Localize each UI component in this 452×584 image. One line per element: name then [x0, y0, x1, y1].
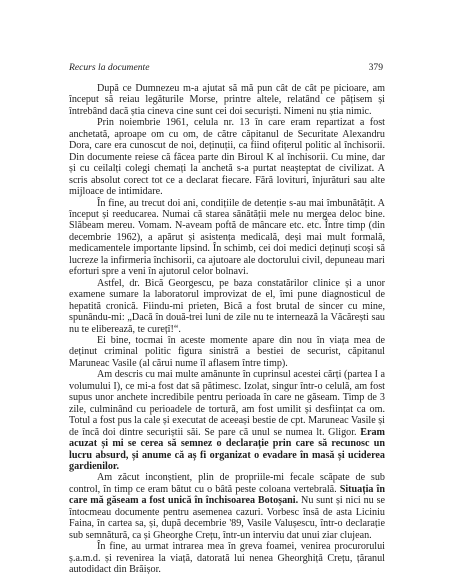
text-segment: Ei bine, tocmai în aceste momente apare … [69, 335, 385, 369]
text-segment: După ce Dumnezeu m-a ajutat să mă pun câ… [69, 83, 385, 117]
paragraph: În fine, au trecut doi ani, condițiile d… [69, 198, 385, 278]
book-page: Recurs la documente 379 După ce Dumnezeu… [69, 62, 385, 575]
text-segment: Am zăcut inconștient, plin de propriile-… [69, 472, 385, 494]
text-segment: Astfel, dr. Bică Georgescu, pe baza cons… [69, 278, 385, 335]
paragraph: Astfel, dr. Bică Georgescu, pe baza cons… [69, 278, 385, 335]
paragraph: Prin noiembrie 1961, celula nr. 13 în ca… [69, 117, 385, 197]
text-segment: În fine, au urmat intrarea mea în greva … [69, 541, 385, 575]
paragraph: După ce Dumnezeu m-a ajutat să mă pun câ… [69, 83, 385, 117]
running-title: Recurs la documente [69, 62, 149, 73]
body-text: După ce Dumnezeu m-a ajutat să mă pun câ… [69, 83, 385, 575]
paragraph: Ei bine, tocmai în aceste momente apare … [69, 335, 385, 369]
paragraph: Am zăcut inconștient, plin de propriile-… [69, 472, 385, 541]
running-header: Recurs la documente 379 [69, 62, 385, 73]
text-segment: În fine, au trecut doi ani, condițiile d… [69, 198, 385, 278]
paragraph: Am descris cu mai multe amănunte în cupr… [69, 369, 385, 472]
paragraph: În fine, au urmat intrarea mea în greva … [69, 541, 385, 575]
text-segment: Am descris cu mai multe amănunte în cupr… [69, 369, 385, 437]
page-number: 379 [369, 62, 385, 73]
text-segment: Prin noiembrie 1961, celula nr. 13 în ca… [69, 117, 385, 197]
